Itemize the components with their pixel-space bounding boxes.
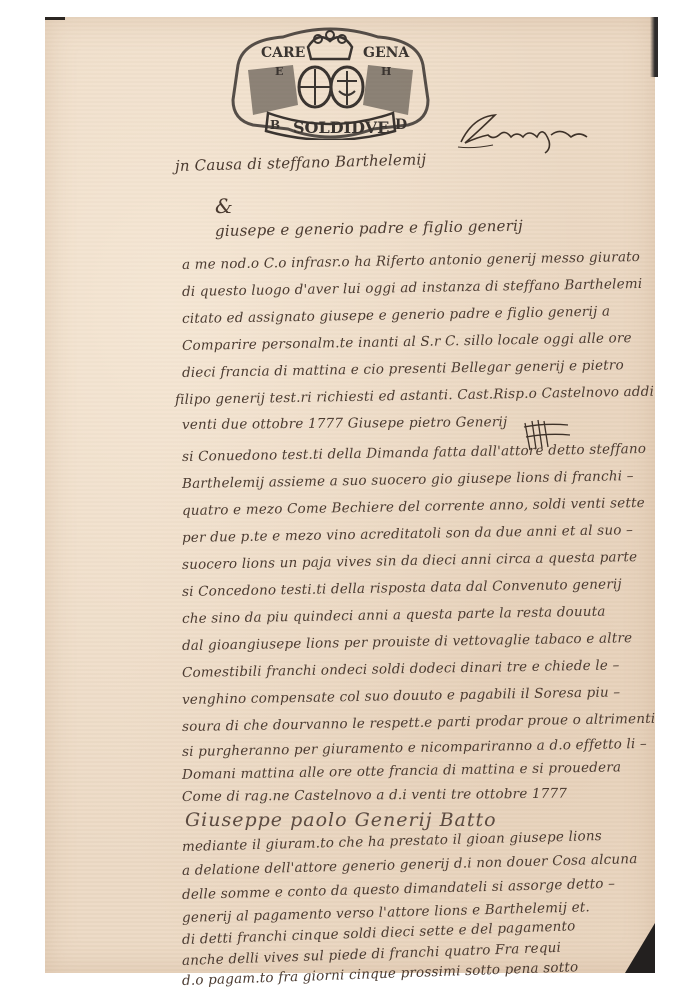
body-line: citato ed assignato giusepe e generio pa… (182, 304, 610, 327)
body-line: Domani mattina alle ore otte francia di … (182, 759, 621, 783)
body-line: dal gioangiusepe lions per prouiste di v… (182, 630, 632, 654)
svg-text:D: D (395, 117, 407, 133)
witness-signature: Giuseppe paolo Generij Batto (185, 809, 497, 831)
heading-ampersand: & (215, 194, 233, 218)
body-line: suocero lions un paja vives sin da dieci… (182, 549, 637, 573)
closing-line: mediante il giuram.to che ha prestato il… (182, 828, 602, 855)
body-line: per due p.te e mezo vino acreditatoli so… (182, 522, 633, 546)
official-stamp-seal: CARE GENA E H B SOLDIDVE D (223, 25, 438, 140)
paper-edge-shadow (45, 17, 65, 20)
body-line: Comestibili franchi ondeci soldi dodeci … (182, 657, 620, 681)
body-line: di questo luogo d'aver lui oggi ad insta… (182, 276, 643, 300)
body-line: a me nod.o C.o infrasr.o ha Riferto anto… (182, 249, 640, 273)
top-signature (453, 107, 603, 157)
closing-line: delle somme e conto da questo dimandatel… (182, 876, 615, 903)
svg-text:GENA: GENA (363, 45, 410, 61)
document-page: CARE GENA E H B SOLDIDVE D jn Causa di s… (45, 17, 655, 973)
torn-corner (625, 923, 655, 973)
signature-scribble-icon (453, 107, 603, 157)
body-line: si Concedono testi.ti della risposta dat… (182, 576, 622, 600)
svg-text:CARE: CARE (261, 45, 305, 61)
body-line: filipo generij test.ri richiesti ed asta… (175, 384, 654, 408)
svg-text:E: E (275, 65, 283, 78)
body-line: si purgheranno per giuramento e nicompar… (182, 736, 647, 760)
body-line: Come di rag.ne Castelnovo a d.i venti tr… (182, 786, 567, 805)
heading-line-1: jn Causa di steffano Barthelemij (175, 150, 427, 175)
stamp-icon: CARE GENA E H B SOLDIDVE D (223, 25, 438, 140)
heading-line-2: giusepe e generio padre e figlio generij (215, 217, 523, 240)
body-line: soura di che dourvanno le respett.e part… (182, 711, 656, 735)
body-line: si Conuedono test.ti della Dimanda fatta… (182, 441, 646, 465)
body-line: venti due ottobre 1777 Giusepe pietro Ge… (182, 414, 508, 433)
closing-line: a delatione dell'attore generio generij … (182, 851, 638, 879)
svg-text:SOLDIDVE: SOLDIDVE (293, 118, 389, 137)
svg-text:H: H (381, 65, 391, 78)
body-line: quatro e mezo Come Bechiere del corrente… (182, 495, 645, 519)
body-line: che sino da piu quindeci anni a questa p… (182, 604, 606, 627)
body-line: venghino compensate col suo douuto e pag… (182, 684, 621, 708)
body-line: Comparire personalm.te inanti al S.r C. … (182, 330, 632, 354)
body-line: Barthelemij assieme a suo suocero gio gi… (182, 468, 634, 492)
body-line: dieci francia di mattina e cio presenti … (182, 357, 624, 381)
svg-text:B: B (270, 118, 280, 132)
paper-edge-shadow-right (650, 17, 658, 77)
